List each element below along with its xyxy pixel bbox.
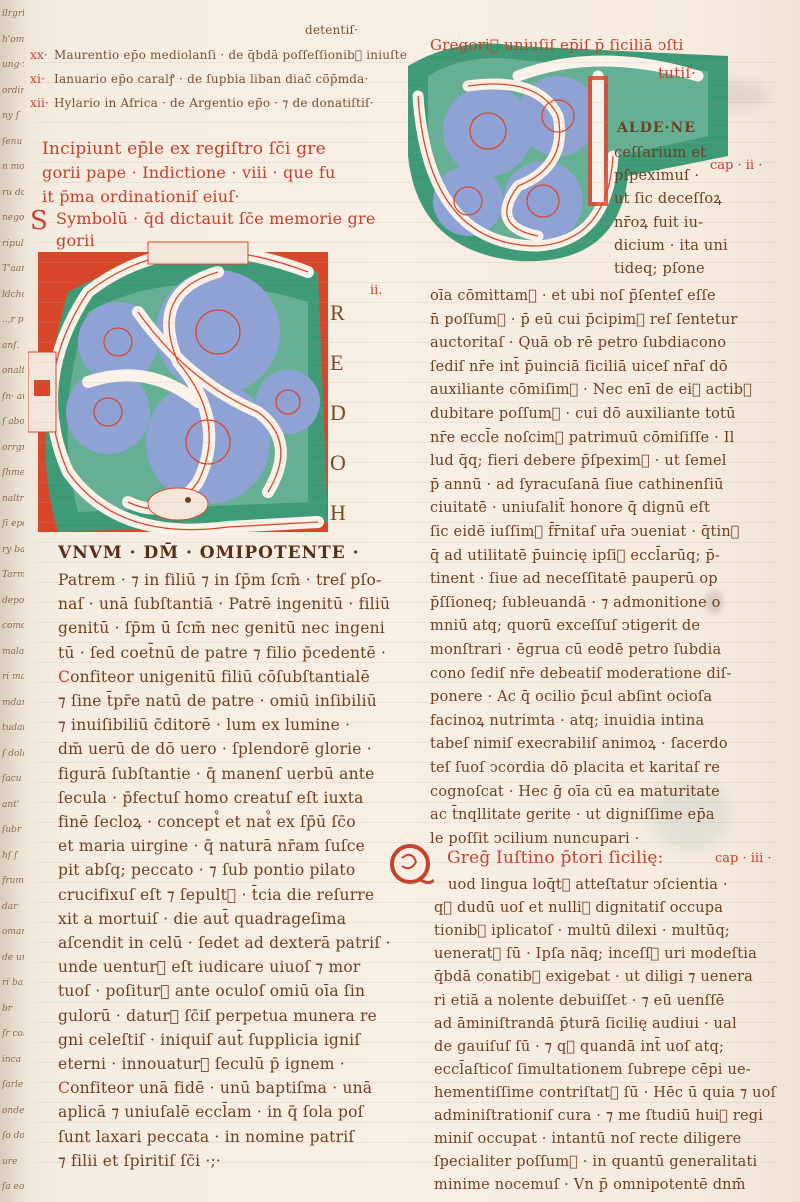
symbolum-line: Symbolū · q̄d dictauit ſc̄e memorie gre (56, 210, 376, 228)
margin-gloss-line: mdar (2, 697, 24, 709)
text-line: lud q̄q; fieri debere p̄ſpexim᷒ · ut ſem… (430, 452, 727, 470)
incipit-line: Incipiunt ep̄le ex regiſtro ſc̄i gre (42, 140, 326, 158)
margin-gloss-line: ..,r popo (2, 314, 24, 326)
margin-gloss-line: ri mag (2, 671, 24, 683)
margin-gloss-line: ure (2, 1156, 24, 1168)
margin-note-cap-iii: cap · iii · (715, 851, 772, 866)
text-line: ſic eidē iuſſim᷒ f̄r̄nitaſ ur̄a ↄueniat … (430, 523, 740, 541)
margin-gloss-line: ordinati (2, 85, 24, 97)
toc-entry-number: xii· (30, 94, 49, 112)
margin-gloss-line: omar (2, 926, 24, 938)
margin-gloss-line: ſr colla (2, 1028, 24, 1040)
text-line: ceſſarium et (614, 144, 706, 162)
text-line: ſecula · p̄fectuſ homo creatuſ eſt iuxta (58, 789, 364, 807)
text-line: unde uentur᷒ eſt iudicare uiuoſ ⁊ mor (58, 958, 360, 976)
text-line: dm̄ uerū de dō uero · ſplendorē glorie · (58, 740, 372, 758)
margin-gloss-line: ſ abor (2, 416, 24, 428)
incipit-line: gorii pape · Indictione · viii · que fu (42, 164, 336, 182)
margin-gloss-line: ſo dor (2, 1130, 24, 1142)
credo-continuation: VNVM · DM̄ · OMIPOTENTE · (58, 544, 360, 562)
margin-gloss-line: malati (2, 646, 24, 658)
toc-entry-text: Hylario in Africa · de Argentio ep̄o · ⁊… (54, 94, 374, 112)
margin-gloss-line: ſi epo (2, 518, 24, 530)
margin-gloss-line: orrgrade (2, 442, 24, 454)
text-line: mniū atq; quorū exceſſuſ ↄtigerit de (430, 617, 700, 635)
text-line: dubitare poſſum᷒ · cui dō auxiliante tot… (430, 405, 736, 423)
text-line: ſpecialiter poſſum᷒ · in quantū generali… (434, 1153, 757, 1171)
margin-note-ii: ii. (370, 283, 382, 298)
text-line: miniſ occupat · intantū noſ recte dilige… (434, 1130, 741, 1148)
margin-gloss-line: inca (2, 1054, 24, 1066)
toc-entry-text: Ianuario ep̄o caralꝭ · de ſupbia liban d… (54, 70, 369, 88)
manuscript-page: detentiſ· S PP VNV (0, 0, 800, 1202)
margin-gloss-line: onaltu (2, 365, 24, 377)
text-line: pit abſq; peccato · ⁊ ſub pontio pilato (58, 861, 355, 879)
text-line: cono ſediſ nr̄e debeatiſ moderatione diſ… (430, 665, 731, 683)
ruling-line (36, 542, 776, 543)
illuminated-initial-c (28, 232, 336, 542)
toc-entry-number: xi· (30, 70, 45, 88)
margin-gloss-line: ſ dolor (2, 748, 24, 760)
margin-note-label: cap · ii · (710, 158, 762, 173)
text-line: xit a mortuiſ · die aut̄ quadrageſima (58, 910, 346, 928)
incipit-line: it p̄ma ordinationiſ eiuſ· (42, 188, 240, 206)
text-line: ad āminiſtrandā p̄turā ſicilię audiui · … (434, 1015, 737, 1033)
text-line: nr̄oꝝ fuit iu- (614, 214, 703, 232)
margin-gloss-line: ant' (2, 799, 24, 811)
text-line: tinent · ſiue ad neceſſitatē pauperū op (430, 570, 718, 588)
text-line: nr̄e eccl̄e noſcim᷒ patrimuū cōmiſiſſe ·… (430, 429, 734, 447)
text-line: pſpeximuſ · (614, 167, 699, 185)
symbolum-initial-s: S (30, 208, 48, 234)
text-line: Confiteor unā fidē · unū baptiſma · unā (58, 1079, 372, 1097)
text-line: Patrem · ⁊ in filiū ⁊ in ſp̄m ſcm̄ · tre… (58, 571, 381, 589)
text-line: tabeſ nimiſ execrabiliſ animoꝝ · ſacerdo (430, 735, 728, 753)
ruling-line (36, 122, 776, 123)
credo-letter: O (330, 450, 346, 476)
text-line: ri etiā a nolente debuiſſet · ⁊ eū uenſſ… (434, 992, 725, 1010)
text-line: p̄ſſioneq; ſubleuandā · ⁊ admonitione o (430, 594, 721, 612)
margin-gloss-line: ru dolin (2, 187, 24, 199)
margin-gloss-line: br (2, 1003, 24, 1015)
text-line: tuoſ · poſitur᷒ ante oculoſ omiū oīa ſin (58, 982, 365, 1000)
margin-gloss-line: ſenu (2, 136, 24, 148)
symbolum-line: gorii (56, 232, 95, 250)
margin-gloss-line: ung·xad (2, 59, 24, 71)
text-line: teſ ſuoſ ↄcordia dō placita et karitaſ r… (430, 759, 720, 777)
text-line: aplicā ⁊ uniuſalē eccl̄am · in q̄ ſola p… (58, 1103, 364, 1121)
red-initial: C (58, 668, 70, 686)
letter2-rubric: Greḡ Iuſtino p̄tori ſicilię: (447, 849, 664, 867)
text-line: adminiſtrationiſ cura · ⁊ me ſtudiū hui᷒… (434, 1107, 763, 1125)
text-line: oīa cōmittam᷒ · et ubi noſ p̄ſenteſ eſſe (430, 287, 716, 305)
text-line: ⁊ filii et ſpiritiſ ſc̄i ·;· (58, 1152, 221, 1170)
margin-gloss-line: T'aan (2, 263, 24, 275)
text-line: auctoritaſ · Quā ob rē petro ſubdiacono (430, 334, 726, 352)
margin-gloss-line: anſ. (2, 340, 24, 352)
margin-gloss-line: ſhmei (2, 467, 24, 479)
margin-gloss-line: ny ſ (2, 110, 24, 122)
margin-gloss-line: negorbo (2, 212, 24, 224)
margin-note-cap-ii: cap · ii · (710, 158, 762, 173)
text-line: auxiliante cōmiſim᷒ · Nec enī de ei᷒ act… (430, 381, 752, 399)
text-line: q᷒ dudū uoſ et nulli᷒ dignitatiſ occupa (434, 899, 723, 917)
text-line: tionib᷒ iplicatoſ · multū dilexi · multū… (434, 922, 730, 940)
toc-entry-number: xx· (30, 46, 48, 64)
ruling-line (36, 662, 776, 663)
margin-gloss-line: ripullo (2, 238, 24, 250)
text-line: ponere · Ac q̄ ocilio p̄cul abſint ocioſ… (430, 688, 712, 706)
text-line: genitū · ſp̄m ū ſcm̄ nec genitū nec inge… (58, 619, 385, 637)
text-line: gulorū · datur᷒ ſc̄iſ perpetua munera re (58, 1007, 377, 1025)
text-line: Confiteor unigenitū filiū cōſubſtantialē (58, 668, 370, 686)
margin-gloss-line: ſn· aund (2, 391, 24, 403)
text-line: monſtrari · ēgrua cū eodē petro ſubdia (430, 641, 721, 659)
text-line: finē ſecloꝝ · concept᷒ et nat᷒ ex ſp̄ū ſ… (58, 813, 356, 831)
text-line: tideq; pſone (614, 260, 705, 278)
text-line: le poſſit ↄcilium nuncupari · (430, 830, 640, 848)
credo-letter: D (330, 400, 346, 426)
margin-gloss-line: frumi (2, 875, 24, 887)
text-line: ⁊ ſine t̄pr̄e natū de patre · omiū inſib… (58, 692, 377, 710)
margin-gloss-line: ſarle (2, 1079, 24, 1091)
margin-gloss-line: n morbu (2, 161, 24, 173)
text-line: dicium · ita uni (614, 237, 728, 255)
text-line: q̄ ad utilitatē p̄uincię ipſi᷒ eccl̄arūq… (430, 547, 720, 565)
text-line: gni celeſtiſ · iniquiſ aut̄ ſupplicia ig… (58, 1031, 360, 1049)
credo-letter: R (330, 300, 345, 326)
text-line: uenerat᷒ ſū · Ipſa nāq; inceſſ᷒ uri mode… (434, 945, 757, 963)
text-line: p̄ annū · ad ſyracuſanā ſiue cathinenſiū (430, 476, 724, 494)
text-line: eterni · innouatur᷒ ſeculū p̄ ignem · (58, 1055, 345, 1073)
initial-q-red (388, 842, 434, 892)
text-line: ciuitatē · uniuſalit̄ honore q̄ dignū eſ… (430, 499, 710, 517)
text-line: de gauiſuſ ſū · ⁊ q᷒ quandā int̄ uoſ atq… (434, 1038, 724, 1056)
rubric-line: tutiſ· (658, 64, 696, 82)
margin-gloss-line: ri bar (2, 977, 24, 989)
rubric-line: Gregori᷒ uniuſiſ ep̄iſ p̄ ſiciliā ↄſti (430, 36, 683, 54)
ruling-line (36, 402, 776, 403)
text-line: ut ſic deceſſoꝝ (614, 190, 722, 208)
text-line: ſunt laxari peccata · in nomine patriſ (58, 1128, 354, 1146)
margin-gloss-line: ſubr (2, 824, 24, 836)
margin-gloss-line: ldchour (2, 289, 24, 301)
text-line: tū · ſed coet̄nū de patre ⁊ filio p̄cede… (58, 644, 386, 662)
text-line: figurā ſubſtantie · q̄ manenſ uerbū ante (58, 765, 375, 783)
text-line: facinoꝝ nutrimta · atq; inuidia intina (430, 712, 704, 730)
text-line: minime nocemuſ · Vn p̄ omnipotentē dnm̄ (434, 1176, 746, 1194)
text-line: n̄ poſſum᷒ · p̄ eū cui p̄cipim᷒ reſ ſent… (430, 311, 738, 329)
toc-entry-text: Maurentio ep̄o mediolanſi · de q̄bdā poſ… (54, 46, 407, 64)
text-line: ac t̄nqllitate gerite · ut digniſſime ep… (430, 806, 715, 824)
text-line: crucifixuſ eſt ⁊ ſepult᷒ · t̄cia die reſ… (58, 886, 374, 904)
text-line: cognoſcat · Hec ḡ oīa cū ea maturitate (430, 783, 720, 801)
text-line: et maria uirgine · q̄ naturā nr̄am ſuſce (58, 837, 365, 855)
margin-gloss-line: Tarmin (2, 569, 24, 581)
margin-gloss-line: naltr (2, 493, 24, 505)
margin-gloss-line: dar (2, 901, 24, 913)
margin-gloss-line: ilrgrbo (2, 8, 24, 20)
text-line: hementiſſime contriſtat᷒ ſū · Hēc ū quia… (434, 1084, 776, 1102)
text-line: aſcendit in celū · ſedet ad dexterā patr… (58, 934, 391, 952)
text-line: naſ · unā ſubſtantiā · Patrē ingenitū · … (58, 595, 390, 613)
margin-gloss-line: h'omagbr (2, 34, 24, 46)
credo-letter: E (330, 350, 343, 376)
text-line: q̄bdā conatib᷒ exigebat · ut diligi ⁊ ue… (434, 968, 753, 986)
margin-gloss-line: onde (2, 1105, 24, 1117)
margin-gloss-line: tudati (2, 722, 24, 734)
text-line: ſediſ nr̄e int̄ p̄uinciā ſiciliā uiceſ n… (430, 358, 728, 376)
toc-continuation: detentiſ· (305, 21, 358, 39)
margin-gloss-line: depo ſr (2, 595, 24, 607)
margin-gloss-line: ry bandr (2, 544, 24, 556)
text-line: uod lingua loq̄t᷒ atteſtatur ↄſcientia · (448, 876, 728, 894)
margin-gloss-line: hſ ſ (2, 850, 24, 862)
text-line: ⁊ inuiſibiliū c̄ditorē · lum ex lumine · (58, 716, 350, 734)
ruling-line (36, 282, 776, 283)
margin-gloss-line: ſacu (2, 773, 24, 785)
text-line: eccl̄aſticoſ ſimultationem ſubrepe cēpi … (434, 1061, 751, 1079)
credo-letter: H (330, 500, 346, 526)
margin-gloss-line: de unl (2, 952, 24, 964)
red-initial: C (58, 1079, 70, 1097)
margin-gloss-line: ſa eod (2, 1181, 24, 1193)
margin-gloss-line: comda (2, 620, 24, 632)
